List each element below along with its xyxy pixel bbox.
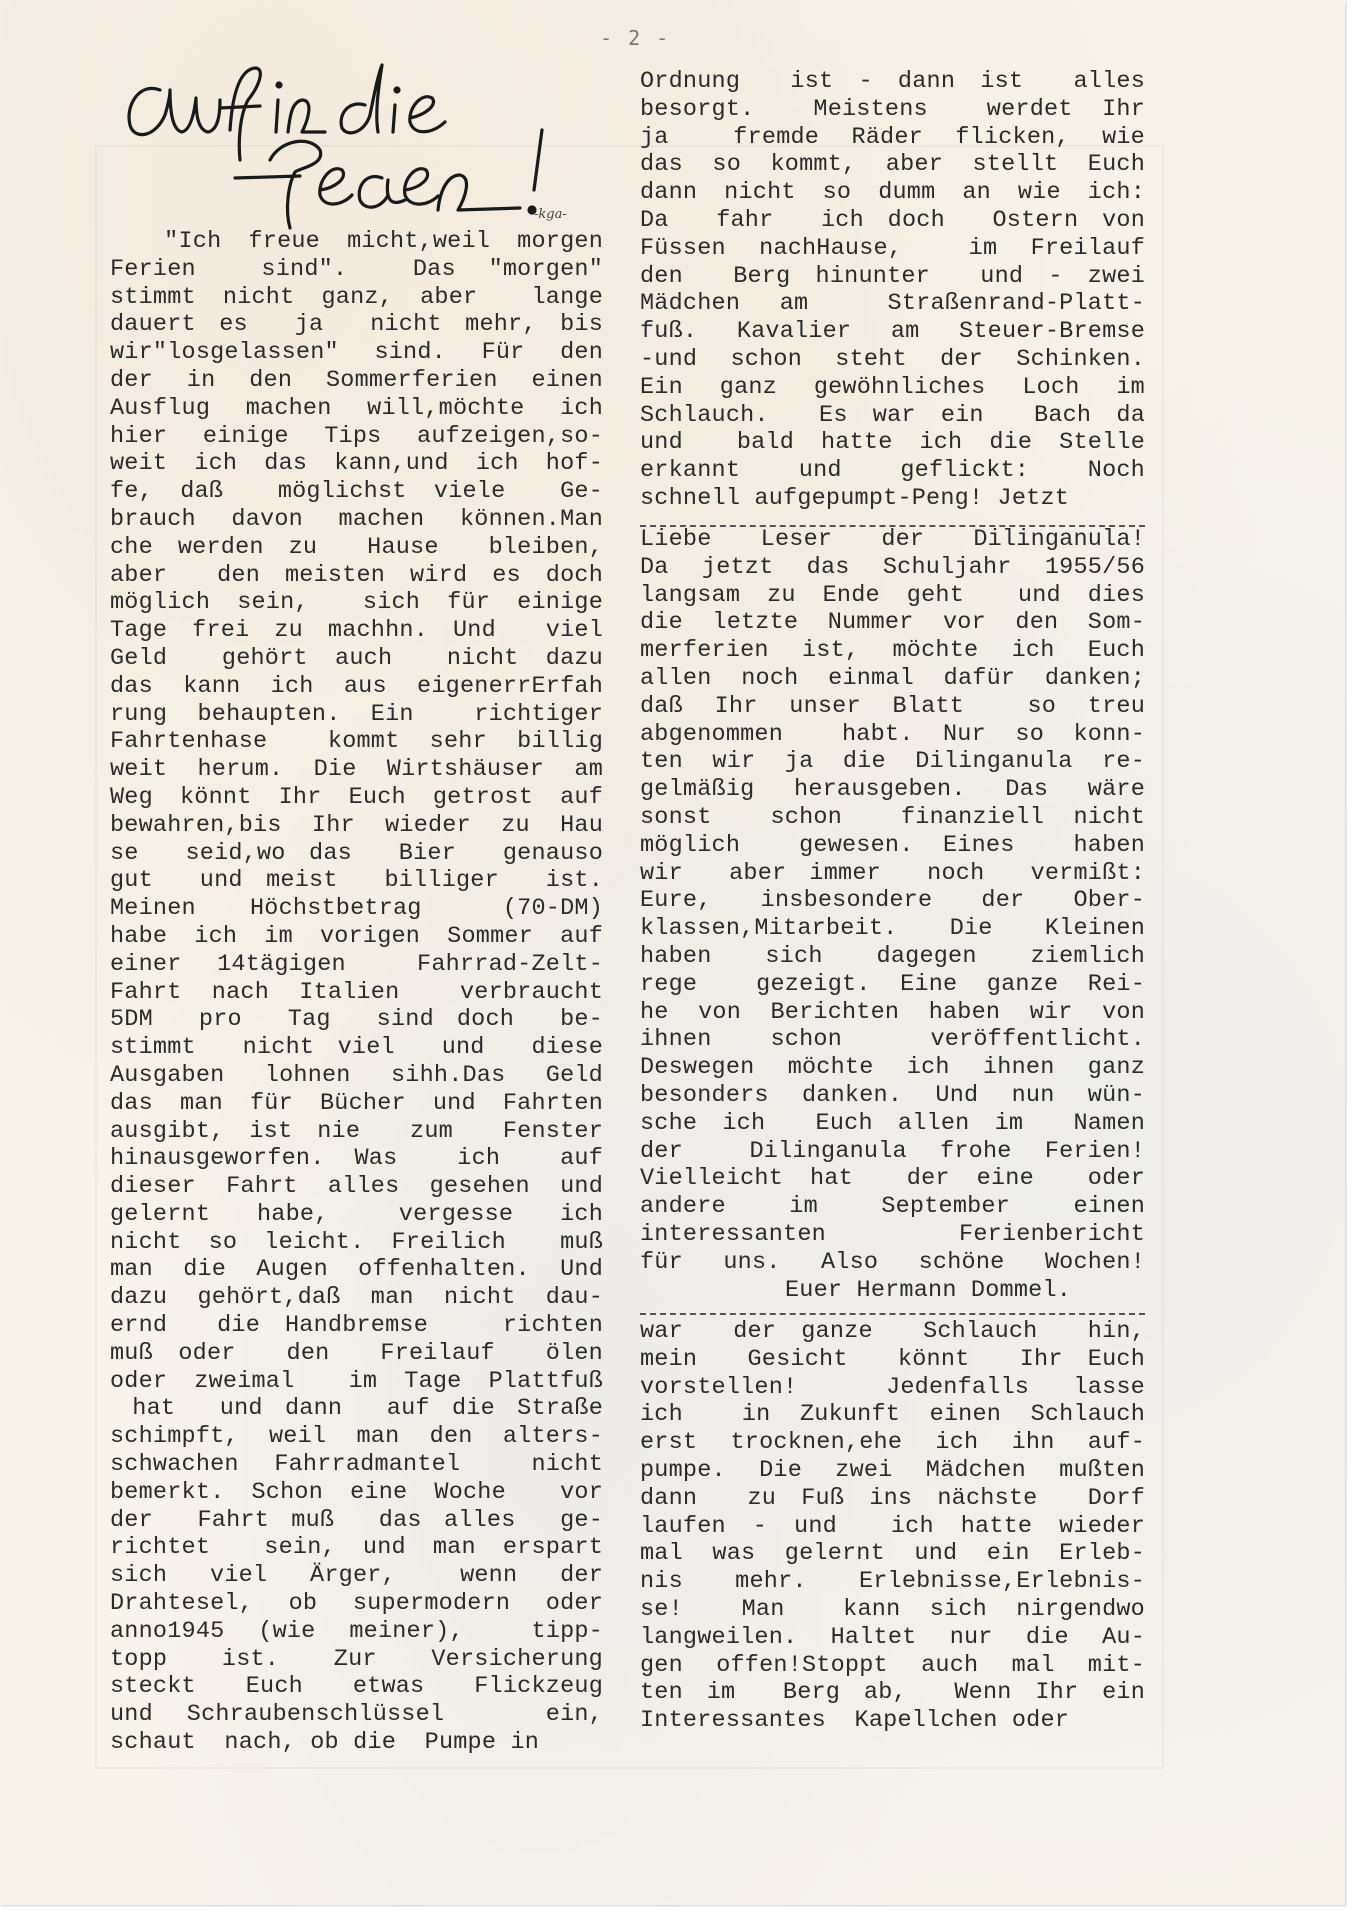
text-line: langweilen. Haltet nur die Au- bbox=[640, 1624, 1145, 1652]
text-line: "Ich freue micht,weil morgen bbox=[110, 228, 603, 256]
text-line: habe ich im vorigen Sommer auf bbox=[110, 923, 603, 951]
text-line: dauert es ja nicht mehr, bis bbox=[110, 311, 603, 339]
page-number: - 2 - bbox=[600, 26, 670, 50]
text-line: dann zu Fuß ins nächste Dorf bbox=[640, 1485, 1145, 1513]
text-line: das so kommt, aber stellt Euch bbox=[640, 151, 1145, 179]
author-mark: -kga- bbox=[534, 207, 567, 222]
text-line: Füssen nachHause, im Freilauf bbox=[640, 235, 1145, 263]
text-line: Ordnung ist - dann ist alles bbox=[640, 68, 1145, 96]
text-line: gen offen!Stoppt auch mal mit- bbox=[640, 1652, 1145, 1680]
text-line: allen noch einmal dafür danken; bbox=[640, 665, 1145, 693]
text-line: einer 14tägigen Fahrrad-Zelt- bbox=[110, 951, 603, 979]
text-line: und bald hatte ich die Stelle bbox=[640, 429, 1145, 457]
text-line: möglich gewesen. Eines haben bbox=[640, 832, 1145, 860]
text-line: Drahtesel, ob supermodern oder bbox=[110, 1590, 603, 1618]
text-line: stimmt nicht ganz, aber lange bbox=[110, 284, 603, 312]
text-line: für uns. Also schöne Wochen! bbox=[640, 1249, 1145, 1277]
article-right-column-continued: Ordnung ist - dann ist allesbesorgt. Mei… bbox=[640, 68, 1145, 513]
text-line: bewahren,bis Ihr wieder zu Hau bbox=[110, 812, 603, 840]
text-line: richtet sein, und man erspart bbox=[110, 1534, 603, 1562]
text-line: erst trocknen,ehe ich ihn auf- bbox=[640, 1429, 1145, 1457]
text-line: wir aber immer noch vermißt: bbox=[640, 860, 1145, 888]
text-line: daß Ihr unser Blatt so treu bbox=[640, 693, 1145, 721]
text-line: der in den Sommerferien einen bbox=[110, 367, 603, 395]
text-line: mein Gesicht könnt Ihr Euch bbox=[640, 1346, 1145, 1374]
text-line: steckt Euch etwas Flickzeug bbox=[110, 1673, 603, 1701]
text-line: der Dilinganula frohe Ferien! bbox=[640, 1138, 1145, 1166]
text-line: der Fahrt muß das alles ge- bbox=[110, 1507, 603, 1535]
text-line: se seid,wo das Bier genauso bbox=[110, 840, 603, 868]
text-line: fuß. Kavalier am Steuer-Bremse bbox=[640, 318, 1145, 346]
text-line: se! Man kann sich nirgendwo bbox=[640, 1596, 1145, 1624]
text-line: hinausgeworfen. Was ich auf bbox=[110, 1145, 603, 1173]
text-line: nis mehr. Erlebnisse,Erlebnis- bbox=[640, 1568, 1145, 1596]
text-line: anno1945 (wie meiner), tipp- bbox=[110, 1618, 603, 1646]
text-line: Vielleicht hat der eine oder bbox=[640, 1165, 1145, 1193]
text-line: bemerkt. Schon eine Woche vor bbox=[110, 1479, 603, 1507]
text-line: besonders danken. Und nun wün- bbox=[640, 1082, 1145, 1110]
text-line: Da jetzt das Schuljahr 1955/56 bbox=[640, 554, 1145, 582]
text-line: schwachen Fahrradmantel nicht bbox=[110, 1451, 603, 1479]
text-line: Ausflug machen will,möchte ich bbox=[110, 395, 603, 423]
text-line: erkannt und geflickt: Noch bbox=[640, 457, 1145, 485]
text-line: Eure, insbesondere der Ober- bbox=[640, 887, 1145, 915]
text-line: Schlauch. Es war ein Bach da bbox=[640, 402, 1145, 430]
text-line: andere im September einen bbox=[640, 1193, 1145, 1221]
text-line: gelmäßig herausgeben. Das wäre bbox=[640, 776, 1145, 804]
text-line: ten im Berg ab, Wenn Ihr ein bbox=[640, 1679, 1145, 1707]
text-line: hat und dann auf die Straße bbox=[110, 1395, 603, 1423]
text-line: ausgibt, ist nie zum Fenster bbox=[110, 1118, 603, 1146]
text-line: interessanten Ferienbericht bbox=[640, 1221, 1145, 1249]
text-line: gut und meist billiger ist. bbox=[110, 867, 603, 895]
divider-line bbox=[640, 1313, 1145, 1315]
text-line: Deswegen möchte ich ihnen ganz bbox=[640, 1054, 1145, 1082]
text-line: Ferien sind". Das "morgen" bbox=[110, 256, 603, 284]
text-line: sonst schon finanziell nicht bbox=[640, 804, 1145, 832]
text-line: ihnen schon veröffentlicht. bbox=[640, 1026, 1145, 1054]
text-line: nicht so leicht. Freilich muß bbox=[110, 1229, 603, 1257]
text-line: und Schraubenschlüssel ein, bbox=[110, 1701, 603, 1729]
text-line: langsam zu Ende geht und dies bbox=[640, 582, 1145, 610]
text-line: aber den meisten wird es doch bbox=[110, 562, 603, 590]
text-line: schaut nach, ob die Pumpe in bbox=[110, 1729, 603, 1757]
article-right-column-end: war der ganze Schlauch hin,mein Gesicht … bbox=[640, 1318, 1145, 1735]
text-line: Geld gehört auch nicht dazu bbox=[110, 645, 603, 673]
text-line: Fahrtenhase kommt sehr billig bbox=[110, 728, 603, 756]
text-line: weit herum. Die Wirtshäuser am bbox=[110, 756, 603, 784]
text-line: dieser Fahrt alles gesehen und bbox=[110, 1173, 603, 1201]
text-line: muß oder den Freilauf ölen bbox=[110, 1340, 603, 1368]
text-line: ich in Zukunft einen Schlauch bbox=[640, 1401, 1145, 1429]
text-line: Liebe Leser der Dilinganula! bbox=[640, 526, 1145, 554]
text-line: oder zweimal im Tage Plattfuß bbox=[110, 1368, 603, 1396]
text-line: pumpe. Die zwei Mädchen mußten bbox=[640, 1457, 1145, 1485]
text-line: die letzte Nummer vor den Som- bbox=[640, 609, 1145, 637]
document-page: - 2 - Auf in die Ferien! -kga- "Ich freu… bbox=[0, 0, 1345, 1905]
article-left-column: "Ich freue micht,weil morgenFerien sind"… bbox=[110, 228, 603, 1757]
text-line: fe, daß möglichst viele Ge- bbox=[110, 478, 603, 506]
text-line: haben sich dagegen ziemlich bbox=[640, 943, 1145, 971]
text-line: man die Augen offenhalten. Und bbox=[110, 1256, 603, 1284]
handwritten-title bbox=[120, 60, 590, 230]
text-line: schnell aufgepumpt-Peng! Jetzt bbox=[640, 485, 1145, 513]
text-line: sche ich Euch allen im Namen bbox=[640, 1110, 1145, 1138]
editor-letter: Liebe Leser der Dilinganula!Da jetzt das… bbox=[640, 526, 1145, 1304]
text-line: den Berg hinunter und - zwei bbox=[640, 263, 1145, 291]
text-line: che werden zu Hause bleiben, bbox=[110, 534, 603, 562]
text-line: Fahrt nach Italien verbraucht bbox=[110, 979, 603, 1007]
text-line: wir"losgelassen" sind. Für den bbox=[110, 339, 603, 367]
text-line: stimmt nicht viel und diese bbox=[110, 1034, 603, 1062]
text-line: hier einige Tips aufzeigen,so- bbox=[110, 423, 603, 451]
text-line: das man für Bücher und Fahrten bbox=[110, 1090, 603, 1118]
text-line: schimpft, weil man den alters- bbox=[110, 1423, 603, 1451]
text-line: topp ist. Zur Versicherung bbox=[110, 1646, 603, 1674]
text-line: merferien ist, möchte ich Euch bbox=[640, 637, 1145, 665]
letter-signature: Euer Hermann Dommel. bbox=[640, 1277, 1145, 1305]
text-line: 5DM pro Tag sind doch be- bbox=[110, 1006, 603, 1034]
text-line: Tage frei zu machhn. Und viel bbox=[110, 617, 603, 645]
text-line: abgenommen habt. Nur so konn- bbox=[640, 721, 1145, 749]
text-line: besorgt. Meistens werdet Ihr bbox=[640, 96, 1145, 124]
text-line: möglich sein, sich für einige bbox=[110, 589, 603, 617]
text-line: sich viel Ärger, wenn der bbox=[110, 1562, 603, 1590]
text-line: Meinen Höchstbetrag (70-DM) bbox=[110, 895, 603, 923]
text-line: rege gezeigt. Eine ganze Rei- bbox=[640, 971, 1145, 999]
text-line: Mädchen am Straßenrand-Platt- bbox=[640, 290, 1145, 318]
text-line: rung behaupten. Ein richtiger bbox=[110, 701, 603, 729]
text-line: Interessantes Kapellchen oder bbox=[640, 1707, 1145, 1735]
text-line: Weg könnt Ihr Euch getrost auf bbox=[110, 784, 603, 812]
text-line: war der ganze Schlauch hin, bbox=[640, 1318, 1145, 1346]
text-line: weit ich das kann,und ich hof- bbox=[110, 450, 603, 478]
text-line: ja fremde Räder flicken, wie bbox=[640, 124, 1145, 152]
text-line: klassen,Mitarbeit. Die Kleinen bbox=[640, 915, 1145, 943]
text-line: das kann ich aus eigenerrErfah bbox=[110, 673, 603, 701]
text-line: ten wir ja die Dilinganula re- bbox=[640, 748, 1145, 776]
text-line: ernd die Handbremse richten bbox=[110, 1312, 603, 1340]
text-line: Ausgaben lohnen sihh.Das Geld bbox=[110, 1062, 603, 1090]
text-line: Da fahr ich doch Ostern von bbox=[640, 207, 1145, 235]
text-line: -und schon steht der Schinken. bbox=[640, 346, 1145, 374]
text-line: gelernt habe, vergesse ich bbox=[110, 1201, 603, 1229]
text-line: Ein ganz gewöhnliches Loch im bbox=[640, 374, 1145, 402]
text-line: dann nicht so dumm an wie ich: bbox=[640, 179, 1145, 207]
text-line: dazu gehört,daß man nicht dau- bbox=[110, 1284, 603, 1312]
text-line: brauch davon machen können.Man bbox=[110, 506, 603, 534]
text-line: he von Berichten haben wir von bbox=[640, 999, 1145, 1027]
text-line: laufen - und ich hatte wieder bbox=[640, 1513, 1145, 1541]
text-line: vorstellen! Jedenfalls lasse bbox=[640, 1374, 1145, 1402]
text-line: mal was gelernt und ein Erleb- bbox=[640, 1540, 1145, 1568]
